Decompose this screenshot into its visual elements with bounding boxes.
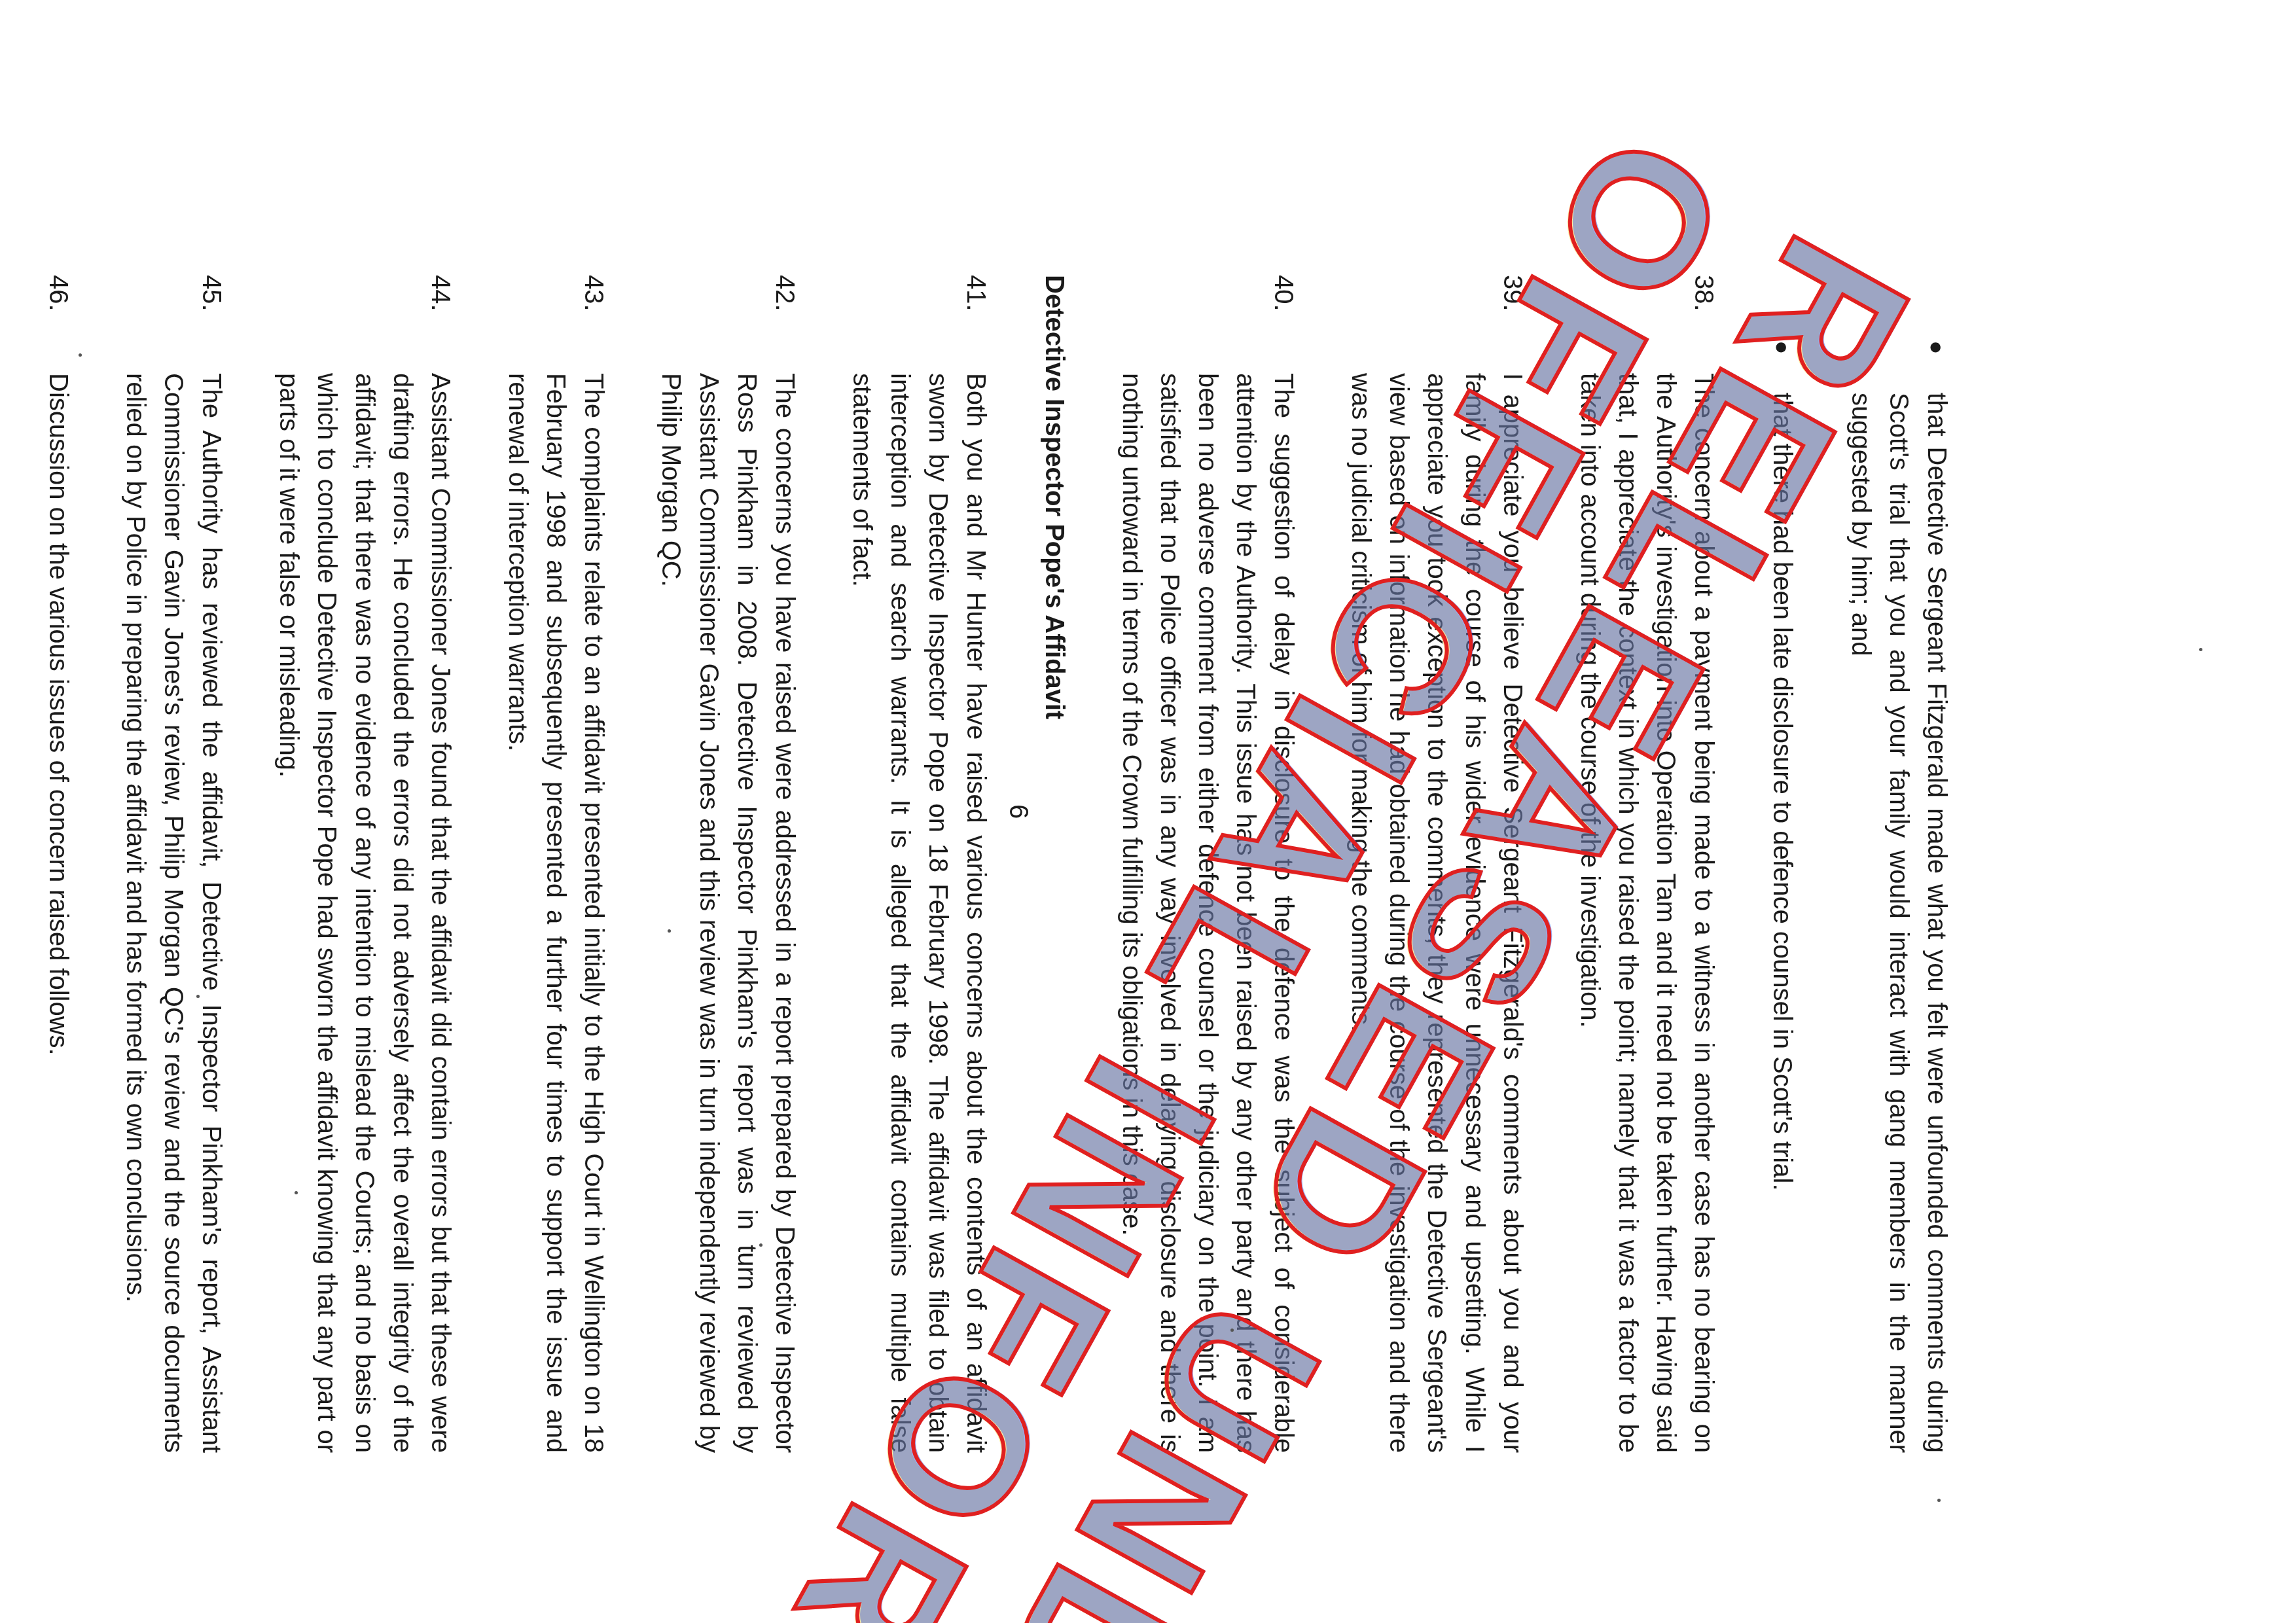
paragraph-number: 43. xyxy=(575,275,613,312)
bullet-icon: ● xyxy=(1918,340,1956,355)
scan-speck xyxy=(668,929,671,933)
paragraph-number: 39. xyxy=(1494,275,1532,312)
paragraph-44: 44. Assistant Commissioner Jones found t… xyxy=(270,275,459,1453)
paragraph-text: The concern about a payment being made t… xyxy=(1575,373,1718,1453)
paragraph-number: 41. xyxy=(957,275,995,312)
paragraph-text: The suggestion of delay in disclosure to… xyxy=(1117,373,1298,1453)
scan-speck xyxy=(196,995,200,998)
paragraph-number: 40. xyxy=(1265,275,1302,312)
scan-speck xyxy=(2199,648,2202,651)
paragraph-41: 41. Both you and Mr Hunter have raised v… xyxy=(843,275,995,1453)
page-number: 6 xyxy=(1003,0,1033,1623)
scan-speck xyxy=(759,1243,762,1247)
paragraph-38: 38. The concern about a payment being ma… xyxy=(1571,275,1723,1453)
paragraph-46: 46. Discussion on the various issues of … xyxy=(39,275,77,1453)
scan-speck xyxy=(1937,1499,1941,1502)
paragraph-text: The complaints relate to an affidavit pr… xyxy=(503,373,608,1453)
paragraph-text: Discussion on the various issues of conc… xyxy=(44,373,73,1056)
paragraph-text: The concerns you have raised were addres… xyxy=(656,373,799,1453)
paragraph-number: 38. xyxy=(1685,275,1723,312)
paragraph-42: 42. The concerns you have raised were ad… xyxy=(652,275,804,1453)
scan-speck xyxy=(79,353,82,357)
bullet-text: that Detective Sergeant Fitzgerald made … xyxy=(1846,393,1951,1453)
paragraph-text: Both you and Mr Hunter have raised vario… xyxy=(848,373,990,1453)
bullet-icon: ● xyxy=(1763,340,1801,355)
paragraph-number: 46. xyxy=(39,275,77,312)
scan-speck xyxy=(295,1191,298,1194)
paragraph-43: 43. The complaints relate to an affidavi… xyxy=(499,275,613,1453)
bullet-item: ● that Detective Sergeant Fitzgerald mad… xyxy=(1842,275,1956,1453)
paragraph-number: 44. xyxy=(422,275,459,312)
paragraph-text: I appreciate you believe Detective Serge… xyxy=(1346,373,1527,1453)
bullet-item: ● that there had been late disclosure to… xyxy=(1763,275,1801,1453)
paragraph-40: 40. The suggestion of delay in disclosur… xyxy=(1113,275,1302,1453)
paragraph-45: 45. The Authority has reviewed the affid… xyxy=(117,275,230,1453)
document-body: ● that Detective Sergeant Fitzgerald mad… xyxy=(0,275,1956,1453)
paragraph-text: Assistant Commissioner Jones found that … xyxy=(274,373,455,1453)
section-heading: Detective Inspector Pope's Affidavit xyxy=(1035,275,1073,1453)
paragraph-text: The Authority has reviewed the affidavit… xyxy=(121,373,226,1453)
bullet-text: that there had been late disclosure to d… xyxy=(1768,393,1797,1191)
paragraph-number: 42. xyxy=(766,275,804,312)
paragraph-39: 39. I appreciate you believe Detective S… xyxy=(1342,275,1532,1453)
paragraph-number: 45. xyxy=(192,275,230,312)
document-page: ● that Detective Sergeant Fitzgerald mad… xyxy=(0,0,2296,1623)
scan-speck xyxy=(1230,1329,1234,1332)
